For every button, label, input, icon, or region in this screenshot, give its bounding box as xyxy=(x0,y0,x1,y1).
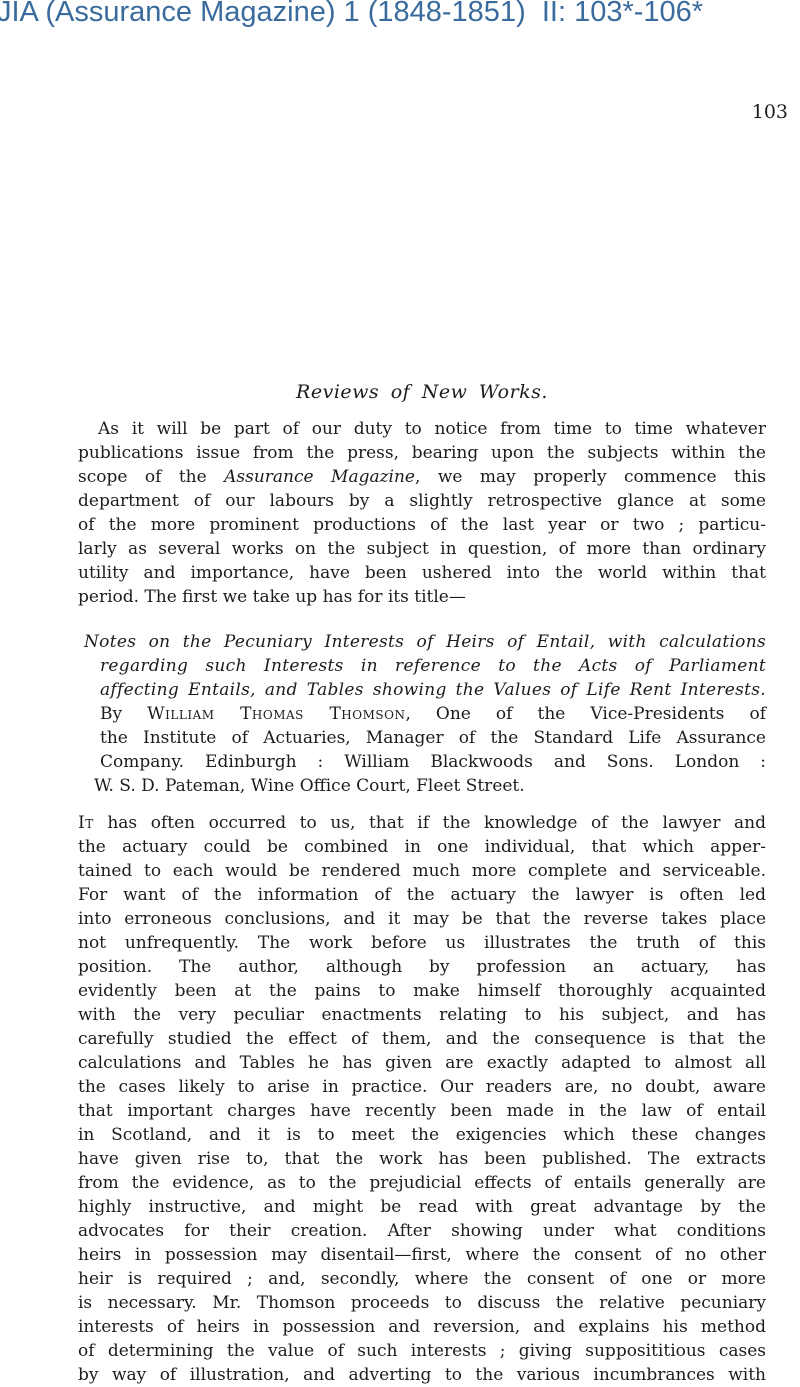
page-number: 103 xyxy=(752,101,788,123)
journal-citation-header: JIA (Assurance Magazine) 1 (1848-1851) I… xyxy=(0,0,703,29)
article-content: Reviews of New Works. As it will be part… xyxy=(78,380,766,1387)
journal-page-scan: JIA (Assurance Magazine) 1 (1848-1851) I… xyxy=(0,0,800,1387)
review-body-paragraph: It has often occurred to us, that if the… xyxy=(78,811,766,1387)
book-title-citation: Notes on the Pecuniary Interests of Heir… xyxy=(78,630,766,798)
section-heading: Reviews of New Works. xyxy=(78,380,766,404)
intro-paragraph: As it will be part of our duty to notice… xyxy=(78,417,766,609)
